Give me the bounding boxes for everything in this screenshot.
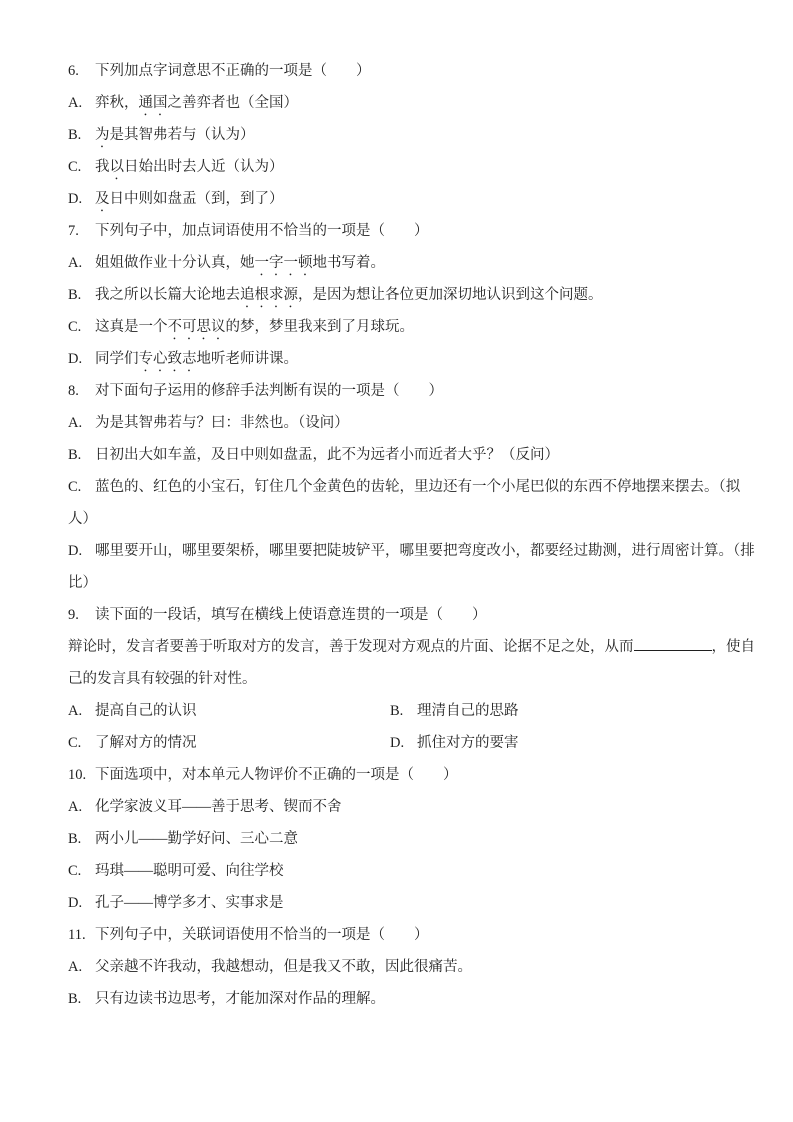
option-label: B. bbox=[68, 119, 95, 151]
option-label: B. bbox=[68, 279, 95, 311]
option-b: B.日初出大如车盖，及日中则如盘盂，此不为远者小而近者大乎？（反问） bbox=[68, 439, 757, 471]
text-segment: 玛琪——聪明可爱、向往学校 bbox=[95, 863, 284, 879]
option-label: C. bbox=[68, 151, 95, 183]
option-text: 理清自己的思路 bbox=[417, 703, 519, 719]
text-segment: 孔子——博学多才、实事求是 bbox=[95, 895, 284, 911]
question-11: 11.下列句子中，关联词语使用不恰当的一项是（ ）A.父亲越不许我动，我越想动，… bbox=[68, 919, 757, 1015]
passage-line: 辩论时，发言者要善于听取对方的发言，善于发现对方观点的片面、论据不足之处，从而，… bbox=[68, 631, 757, 663]
text-segment: 日初出大如车盖，及日中则如盘盂，此不为远者小而近者大乎？（反问） bbox=[95, 447, 559, 463]
question-number: 11. bbox=[68, 919, 95, 951]
text-segment: 日中则如盘盂（到，到了） bbox=[110, 191, 284, 207]
option-label: A. bbox=[68, 951, 95, 983]
option-label: C. bbox=[68, 855, 95, 887]
text-segment: 我 bbox=[95, 159, 110, 175]
option-d: D.哪里要开山，哪里要架桥，哪里要把陡坡铲平，哪里要把弯度改小，都要经过勘测，进… bbox=[68, 535, 757, 567]
text-segment: ，是因为想让各位更加深切地认识到这个问题。 bbox=[298, 287, 603, 303]
text-segment: 地书写着。 bbox=[313, 255, 386, 271]
option-c: C.这真是一个不可思议的梦，梦里我来到了月球玩。 bbox=[68, 311, 757, 343]
text-segment: 是其智弗若与（认为） bbox=[110, 127, 255, 143]
option-text: 抓住对方的要害 bbox=[417, 735, 519, 751]
option-c: C.玛琪——聪明可爱、向往学校 bbox=[68, 855, 757, 887]
option-label: C. bbox=[68, 471, 95, 503]
emphasized-text: 追根求源 bbox=[240, 287, 298, 303]
option-b: B.理清自己的思路 bbox=[390, 695, 519, 727]
question-number: 9. bbox=[68, 599, 95, 631]
question-8: 8.对下面句子运用的修辞手法判断有误的一项是（ ）A.为是其智弗若与？曰：非然也… bbox=[68, 375, 757, 599]
option-text: 了解对方的情况 bbox=[95, 735, 197, 751]
option-a: A.姐姐做作业十分认真，她一字一顿地书写着。 bbox=[68, 247, 757, 279]
option-label: B. bbox=[390, 695, 417, 727]
option-d: D.及日中则如盘盂（到，到了） bbox=[68, 183, 757, 215]
question-10: 10.下面选项中，对本单元人物评价不正确的一项是（ ）A.化学家波义耳——善于思… bbox=[68, 759, 757, 919]
option-label: A. bbox=[68, 695, 95, 727]
option-label: B. bbox=[68, 823, 95, 855]
text-segment: 两小儿——勤学好问、三心二意 bbox=[95, 831, 298, 847]
option-b: B.为是其智弗若与（认为） bbox=[68, 119, 757, 151]
question-prompt-line: 6.下列加点字词意思不正确的一项是（ ） bbox=[68, 55, 757, 87]
option-continuation-line: 比） bbox=[68, 567, 757, 599]
text-segment: 只有边读书边思考，才能加深对作品的理解。 bbox=[95, 991, 385, 1007]
emphasized-text: 专心致志 bbox=[139, 351, 197, 367]
text-segment: 的梦，梦里我来到了月球玩。 bbox=[226, 319, 415, 335]
emphasized-text: 为 bbox=[95, 127, 110, 143]
option-text: 提高自己的认识 bbox=[95, 703, 197, 719]
fill-in-blank-line bbox=[634, 637, 712, 651]
option-label: D. bbox=[68, 343, 95, 375]
text-segment: 姐姐做作业十分认真，她 bbox=[95, 255, 255, 271]
question-6: 6.下列加点字词意思不正确的一项是（ ）A.弈秋，通国之善弈者也（全国）B.为是… bbox=[68, 55, 757, 215]
question-prompt-line: 9.读下面的一段话，填写在横线上使语意连贯的一项是（ ） bbox=[68, 599, 757, 631]
question-number: 6. bbox=[68, 55, 95, 87]
option-a: A.为是其智弗若与？曰：非然也。（设问） bbox=[68, 407, 757, 439]
option-row: A.提高自己的认识B.理清自己的思路 bbox=[68, 695, 757, 727]
text-segment: 弈秋， bbox=[95, 95, 139, 111]
text-segment: 辩论时，发言者要善于听取对方的发言，善于发现对方观点的片面、论据不足之处，从而 bbox=[68, 639, 634, 655]
option-label: D. bbox=[390, 727, 417, 759]
option-label: B. bbox=[68, 983, 95, 1015]
text-segment: 下面选项中，对本单元人物评价不正确的一项是（ ） bbox=[95, 767, 458, 783]
question-list: 6.下列加点字词意思不正确的一项是（ ）A.弈秋，通国之善弈者也（全国）B.为是… bbox=[68, 55, 757, 1015]
text-segment: 哪里要开山，哪里要架桥，哪里要把陡坡铲平，哪里要把弯度改小，都要经过勘测，进行周… bbox=[95, 543, 755, 559]
text-segment: 下列加点字词意思不正确的一项是（ ） bbox=[95, 63, 371, 79]
option-b: B.只有边读书边思考，才能加深对作品的理解。 bbox=[68, 983, 757, 1015]
text-segment: 地听老师讲课。 bbox=[197, 351, 299, 367]
emphasized-text: 以 bbox=[110, 159, 125, 175]
question-7: 7.下列句子中，加点词语使用不恰当的一项是（ ）A.姐姐做作业十分认真，她一字一… bbox=[68, 215, 757, 375]
text-segment: 之善弈者也（全国） bbox=[168, 95, 299, 111]
option-label: A. bbox=[68, 247, 95, 279]
emphasized-text: 一字一顿 bbox=[255, 255, 313, 271]
option-d: D.抓住对方的要害 bbox=[390, 727, 519, 759]
emphasized-text: 不可思议 bbox=[168, 319, 226, 335]
text-segment: 下列句子中，加点词语使用不恰当的一项是（ ） bbox=[95, 223, 429, 239]
option-label: D. bbox=[68, 887, 95, 919]
option-c: C.我以日始出时去人近（认为） bbox=[68, 151, 757, 183]
question-9: 9.读下面的一段话，填写在横线上使语意连贯的一项是（ ）辩论时，发言者要善于听取… bbox=[68, 599, 757, 759]
text-segment: 日始出时去人近（认为） bbox=[124, 159, 284, 175]
option-c: C.了解对方的情况 bbox=[68, 727, 390, 759]
text-segment: 人） bbox=[68, 511, 97, 527]
text-segment: 父亲越不许我动，我越想动，但是我又不敢，因此很痛苦。 bbox=[95, 959, 472, 975]
text-segment: 对下面句子运用的修辞手法判断有误的一项是（ ） bbox=[95, 383, 443, 399]
option-row: C.了解对方的情况D.抓住对方的要害 bbox=[68, 727, 757, 759]
option-label: D. bbox=[68, 183, 95, 215]
passage-line: 己的发言具有较强的针对性。 bbox=[68, 663, 757, 695]
question-number: 8. bbox=[68, 375, 95, 407]
text-segment: 化学家波义耳——善于思考、锲而不舍 bbox=[95, 799, 342, 815]
text-segment: 为是其智弗若与？曰：非然也。（设问） bbox=[95, 415, 349, 431]
option-label: D. bbox=[68, 535, 95, 567]
text-segment: 读下面的一段话，填写在横线上使语意连贯的一项是（ ） bbox=[95, 607, 487, 623]
option-label: A. bbox=[68, 407, 95, 439]
exam-worksheet-page: 6.下列加点字词意思不正确的一项是（ ）A.弈秋，通国之善弈者也（全国）B.为是… bbox=[0, 0, 793, 1122]
option-label: B. bbox=[68, 439, 95, 471]
option-a: A.弈秋，通国之善弈者也（全国） bbox=[68, 87, 757, 119]
option-d: D.孔子——博学多才、实事求是 bbox=[68, 887, 757, 919]
option-c: C.蓝色的、红色的小宝石，钉住几个金黄色的齿轮，里边还有一个小尾巴似的东西不停地… bbox=[68, 471, 757, 503]
emphasized-text: 及 bbox=[95, 191, 110, 207]
option-a: A.父亲越不许我动，我越想动，但是我又不敢，因此很痛苦。 bbox=[68, 951, 757, 983]
option-b: B.我之所以长篇大论地去追根求源，是因为想让各位更加深切地认识到这个问题。 bbox=[68, 279, 757, 311]
option-b: B.两小儿——勤学好问、三心二意 bbox=[68, 823, 757, 855]
option-continuation-line: 人） bbox=[68, 503, 757, 535]
emphasized-text: 通国 bbox=[139, 95, 168, 111]
option-d: D.同学们专心致志地听老师讲课。 bbox=[68, 343, 757, 375]
option-a: A.提高自己的认识 bbox=[68, 695, 390, 727]
question-prompt-line: 8.对下面句子运用的修辞手法判断有误的一项是（ ） bbox=[68, 375, 757, 407]
text-segment: 同学们 bbox=[95, 351, 139, 367]
question-prompt-line: 11.下列句子中，关联词语使用不恰当的一项是（ ） bbox=[68, 919, 757, 951]
question-number: 7. bbox=[68, 215, 95, 247]
option-label: C. bbox=[68, 311, 95, 343]
option-label: A. bbox=[68, 791, 95, 823]
option-label: C. bbox=[68, 727, 95, 759]
question-prompt-line: 7.下列句子中，加点词语使用不恰当的一项是（ ） bbox=[68, 215, 757, 247]
text-segment: 这真是一个 bbox=[95, 319, 168, 335]
question-number: 10. bbox=[68, 759, 95, 791]
text-segment: 我之所以长篇大论地去 bbox=[95, 287, 240, 303]
option-a: A.化学家波义耳——善于思考、锲而不舍 bbox=[68, 791, 757, 823]
text-segment: 下列句子中，关联词语使用不恰当的一项是（ ） bbox=[95, 927, 429, 943]
text-segment: ，使自 bbox=[712, 639, 756, 655]
text-segment: 己的发言具有较强的针对性。 bbox=[68, 671, 257, 687]
option-label: A. bbox=[68, 87, 95, 119]
text-segment: 比） bbox=[68, 575, 97, 591]
text-segment: 蓝色的、红色的小宝石，钉住几个金黄色的齿轮，里边还有一个小尾巴似的东西不停地摆来… bbox=[95, 479, 740, 495]
question-prompt-line: 10.下面选项中，对本单元人物评价不正确的一项是（ ） bbox=[68, 759, 757, 791]
